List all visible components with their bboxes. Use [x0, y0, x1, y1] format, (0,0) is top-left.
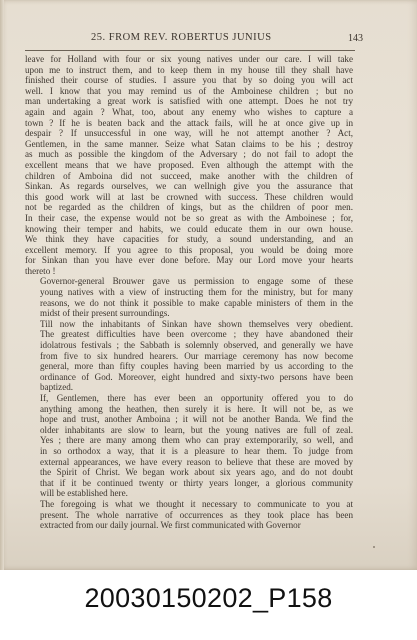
paragraph: If, Gentlemen, there has ever been an op… [25, 393, 353, 499]
text-line: for Sinkan than you have ever done befor… [25, 255, 353, 266]
text-line: If, Gentlemen, there has ever been an op… [25, 393, 353, 404]
text-line: finished their course of studies. I assu… [25, 75, 353, 86]
text-line: hope and trust, another Amboina ; it wil… [25, 414, 353, 425]
text-line: idolatrous festivals ; the Sabbath is so… [25, 340, 353, 351]
text-line: young natives with a view of instructing… [25, 287, 353, 298]
text-line: man undertaking a great work is satisfie… [25, 96, 353, 107]
text-line: Yes ; there are many among them who can … [25, 435, 353, 446]
text-line: Sinkan. As regards ourselves, we can wel… [25, 181, 353, 192]
text-line: anything among the heathen, then surely … [25, 404, 353, 415]
running-head: 25. FROM REV. ROBERTUS JUNIUS 143 [25, 32, 355, 48]
text-line: The greatest difficulties have been over… [25, 329, 353, 340]
text-line: general, more than fifty couples having … [25, 361, 353, 372]
text-line: despair ? If unsuccessful in one way, wi… [25, 128, 353, 139]
page-edge [0, 0, 4, 570]
page-number: 143 [348, 33, 363, 44]
text-line: external appearances, we have every reas… [25, 457, 353, 468]
book-page: 25. FROM REV. ROBERTUS JUNIUS 143 leave … [0, 0, 417, 570]
text-line: well. I know that you may remind us of t… [25, 86, 353, 97]
text-line: leave for Holland with four or six young… [25, 54, 353, 65]
text-line: children of Amboina did not succeed, mak… [25, 171, 353, 182]
text-line: extracted from our daily journal. We fir… [25, 520, 353, 531]
text-line: baptized. [25, 382, 353, 393]
text-line: that if it be continued twenty or thirty… [25, 478, 353, 489]
text-line: midst of their present surroundings. [25, 308, 353, 319]
text-line: will be established here. [25, 488, 353, 499]
paper-speck [373, 546, 375, 548]
text-line: Till now the inhabitants of Sinkan have … [25, 319, 353, 330]
text-line: this good work will at last be crowned w… [25, 192, 353, 203]
text-line: reasons, we do not think it possible to … [25, 298, 353, 309]
text-line: ordinance of God. Moreover, eight hundre… [25, 372, 353, 383]
text-line: excellent memory. If you agree to this p… [25, 245, 353, 256]
text-line: upon me to instruct them, and to keep th… [25, 65, 353, 76]
body-text: leave for Holland with four or six young… [25, 54, 353, 531]
text-line: present. The whole narrative of occurren… [25, 510, 353, 521]
text-line: Gentlemen, in the same manner. Seize wha… [25, 139, 353, 150]
text-line: again and again ? What, too, about any e… [25, 107, 353, 118]
paragraph: Till now the inhabitants of Sinkan have … [25, 319, 353, 393]
chapter-title: 25. FROM REV. ROBERTUS JUNIUS [91, 32, 272, 43]
text-line: older inhabitants are slow to learn, but… [25, 425, 353, 436]
paragraph: leave for Holland with four or six young… [25, 54, 353, 276]
text-line: from five to six hundred hearers. Our ma… [25, 351, 353, 362]
text-line: in so orthodox a way, that it is a pleas… [25, 446, 353, 457]
text-line: The foregoing is what we thought it nece… [25, 499, 353, 510]
text-line: the Spirit of Christ. We began work abou… [25, 467, 353, 478]
text-line: thereto ! [25, 266, 353, 277]
header-rule [25, 50, 355, 51]
text-line: not be regarded as the children of kings… [25, 202, 353, 213]
text-line: Governor-general Brouwer gave us permiss… [25, 276, 353, 287]
text-line: excellent means that we have proposed. E… [25, 160, 353, 171]
paragraph: Governor-general Brouwer gave us permiss… [25, 276, 353, 318]
paragraph: The foregoing is what we thought it nece… [25, 499, 353, 531]
text-line: knowing their temper and habits, we coul… [25, 224, 353, 235]
text-line: as much as possible the kingdom of the A… [25, 149, 353, 160]
image-id-label: 20030150202_P158 [0, 583, 417, 614]
text-line: We think they have capacities for study,… [25, 234, 353, 245]
text-line: town ? If he is beaten back and the atta… [25, 118, 353, 129]
text-line: In their case, the expense would not be … [25, 213, 353, 224]
